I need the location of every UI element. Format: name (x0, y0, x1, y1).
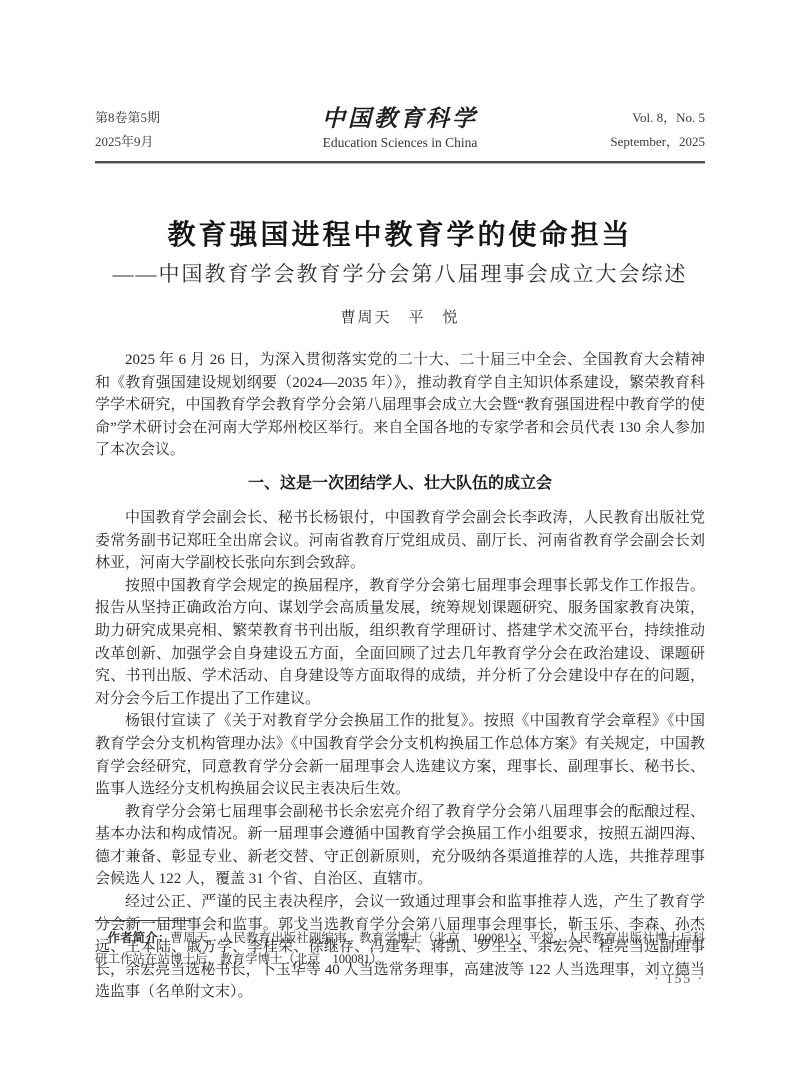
body-paragraph: 杨银付宣读了《关于对教育学分会换届工作的批复》。按照《中国教育学会章程》《中国教… (95, 710, 705, 800)
header-issue-en: Vol. 8，No. 5 September，2025 (545, 106, 705, 154)
body-paragraph: 按照中国教育学会规定的换届程序，教育学分会第七届理事会理事长郭戈作工作报告。报告… (95, 575, 705, 711)
footnote-divider (95, 920, 191, 921)
body-paragraph: 中国教育学会副会长、秘书长杨银付，中国教育学会副会长李政涛，人民教育出版社党委常… (95, 507, 705, 575)
article-body: 2025 年 6 月 26 日，为深入贯彻落实党的二十大、二十届三中全会、全国教… (95, 349, 705, 1004)
footnote-text: 曹周天，人民教育出版社副编审，教育学博士（北京 100081）；平悦，人民教育出… (95, 931, 705, 966)
article-subtitle: ——中国教育学会教育学分会第八届理事会成立大会综述 (0, 258, 800, 288)
header-divider (95, 161, 705, 163)
journal-header: 第8卷第5期 2025年9月 中国教育科学 Education Sciences… (95, 106, 705, 154)
issue-date-en: September，2025 (545, 130, 705, 154)
journal-page: 第8卷第5期 2025年9月 中国教育科学 Education Sciences… (0, 0, 800, 1077)
body-paragraph: 教育学分会第七届理事会副秘书长余宏亮介绍了教育学分会第八届理事会的酝酿过程、基本… (95, 801, 705, 891)
issue-date-cn: 2025年9月 (95, 130, 255, 154)
section-heading: 一、这是一次团结学人、壮大队伍的成立会 (95, 472, 705, 496)
intro-paragraph: 2025 年 6 月 26 日，为深入贯彻落实党的二十大、二十届三中全会、全国教… (95, 349, 705, 462)
issue-number-en: Vol. 8，No. 5 (545, 106, 705, 130)
article-authors: 曹周天 平 悦 (0, 306, 800, 327)
footnote-paragraph: 作者简介：曹周天，人民教育出版社副编审，教育学博士（北京 100081）；平悦，… (95, 928, 705, 970)
issue-number-cn: 第8卷第5期 (95, 106, 255, 130)
header-issue-cn: 第8卷第5期 2025年9月 (95, 106, 255, 154)
journal-masthead: 中国教育科学 Education Sciences in China (255, 106, 545, 154)
article-title: 教育强国进程中教育学的使命担当 (0, 213, 800, 253)
journal-title-cn: 中国教育科学 (255, 106, 545, 132)
author-footnote: 作者简介：曹周天，人民教育出版社副编审，教育学博士（北京 100081）；平悦，… (95, 920, 705, 970)
footnote-label: 作者简介： (108, 931, 171, 945)
journal-title-en: Education Sciences in China (255, 132, 545, 154)
page-number: · 155 · (654, 971, 704, 987)
